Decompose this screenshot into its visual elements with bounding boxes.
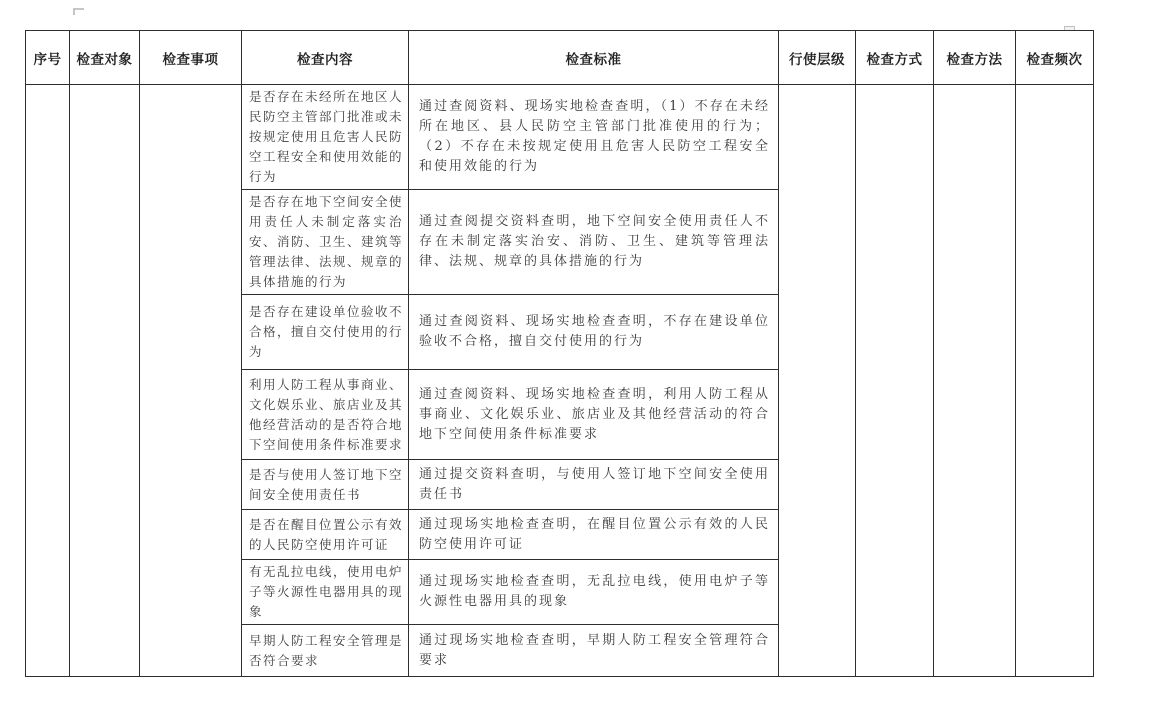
inspection-content-cell: 是否存在未经所在地区人民防空主管部门批准或未按规定使用且危害人民防空工程安全和使… — [242, 85, 409, 190]
header-serial-number: 序号 — [26, 31, 70, 85]
serial-number-cell — [26, 85, 70, 677]
header-inspection-item: 检查事项 — [140, 31, 242, 85]
header-inspection-content: 检查内容 — [242, 31, 409, 85]
inspection-table: 序号 检查对象 检查事项 检查内容 检查标准 行使层级 检查方式 检查方法 检查… — [25, 30, 1094, 677]
inspection-content-cell: 是否与使用人签订地下空间安全使用责任书 — [242, 460, 409, 510]
inspection-content-cell: 是否存在建设单位验收不合格，擅自交付使用的行为 — [242, 295, 409, 370]
inspection-standard-cell: 通过查阅提交资料查明，地下空间安全使用责任人不存在未制定落实治安、消防、卫生、建… — [409, 190, 779, 295]
header-inspection-frequency: 检查频次 — [1016, 31, 1094, 85]
table-header-row: 序号 检查对象 检查事项 检查内容 检查标准 行使层级 检查方式 检查方法 检查… — [26, 31, 1094, 85]
inspection-standard-cell: 通过现场实地检查查明，无乱拉电线，使用电炉子等火源性电器用具的现象 — [409, 560, 779, 625]
inspection-content-cell: 是否存在地下空间安全使用责任人未制定落实治安、消防、卫生、建筑等管理法律、法规、… — [242, 190, 409, 295]
inspection-method-cell — [934, 85, 1016, 677]
header-exercise-level: 行使层级 — [779, 31, 856, 85]
exercise-level-cell — [779, 85, 856, 677]
inspection-standard-cell: 通过现场实地检查查明，早期人防工程安全管理符合要求 — [409, 625, 779, 677]
inspection-content-cell: 是否在醒目位置公示有效的人民防空使用许可证 — [242, 510, 409, 560]
header-inspection-object: 检查对象 — [70, 31, 140, 85]
inspection-standard-cell: 通过查阅资料、现场实地检查查明，（1）不存在未经所在地区、县人民防空主管部门批准… — [409, 85, 779, 190]
inspection-content-cell: 早期人防工程安全管理是否符合要求 — [242, 625, 409, 677]
table-container: 序号 检查对象 检查事项 检查内容 检查标准 行使层级 检查方式 检查方法 检查… — [25, 30, 1094, 677]
header-inspection-standard: 检查标准 — [409, 31, 779, 85]
inspection-standard-cell: 通过现场实地检查查明，在醒目位置公示有效的人民防空使用许可证 — [409, 510, 779, 560]
inspection-standard-cell: 通过提交资料查明，与使用人签订地下空间安全使用责任书 — [409, 460, 779, 510]
header-inspection-mode: 检查方式 — [856, 31, 934, 85]
header-inspection-method: 检查方法 — [934, 31, 1016, 85]
inspection-content-cell: 利用人防工程从事商业、文化娱乐业、旅店业及其他经营活动的是否符合地下空间使用条件… — [242, 370, 409, 460]
inspection-frequency-cell — [1016, 85, 1094, 677]
inspection-standard-cell: 通过查阅资料、现场实地检查查明，利用人防工程从事商业、文化娱乐业、旅店业及其他经… — [409, 370, 779, 460]
table-move-handle-mark — [73, 8, 84, 15]
document-page: 序号 检查对象 检查事项 检查内容 检查标准 行使层级 检查方式 检查方法 检查… — [0, 0, 1176, 704]
inspection-mode-cell — [856, 85, 934, 677]
table-row: 是否存在未经所在地区人民防空主管部门批准或未按规定使用且危害人民防空工程安全和使… — [26, 85, 1094, 190]
inspection-standard-cell: 通过查阅资料、现场实地检查查明，不存在建设单位验收不合格，擅自交付使用的行为 — [409, 295, 779, 370]
inspection-content-cell: 有无乱拉电线，使用电炉子等火源性电器用具的现象 — [242, 560, 409, 625]
inspection-item-cell — [140, 85, 242, 677]
inspection-object-cell — [70, 85, 140, 677]
